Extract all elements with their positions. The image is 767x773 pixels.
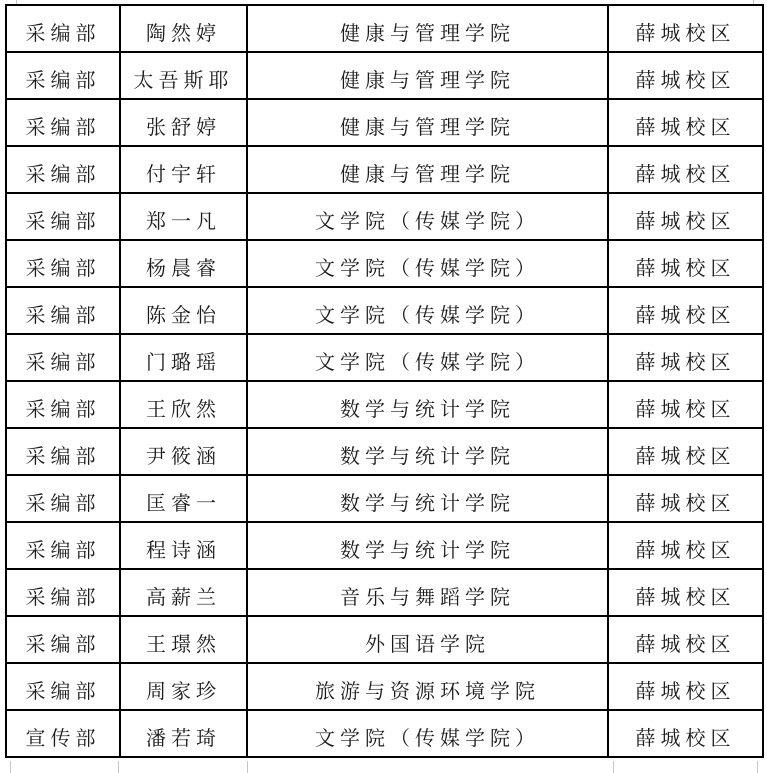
cell-name[interactable]: 陈金怡	[120, 287, 247, 334]
cell-name[interactable]: 门璐瑶	[120, 334, 247, 381]
table-row: 采编部 杨晨睿 文学院（传媒学院） 薛城校区	[6, 240, 763, 287]
cell-department-text: 采编部	[26, 111, 101, 140]
cell-name[interactable]: 杨晨睿	[120, 240, 247, 287]
cell-name-text: 郑一凡	[146, 205, 221, 234]
table-row: 采编部 张舒婷 健康与管理学院 薛城校区	[6, 99, 763, 146]
cell-college-text: 健康与管理学院	[340, 64, 515, 93]
cell-campus-text: 薛城校区	[636, 675, 736, 704]
cell-college-text: 数学与统计学院	[340, 440, 515, 469]
cell-department-text: 采编部	[26, 299, 101, 328]
cell-department[interactable]: 采编部	[6, 287, 120, 334]
cell-college[interactable]: 旅游与资源环境学院	[247, 663, 608, 710]
cell-department-text: 采编部	[26, 64, 101, 93]
cell-campus[interactable]: 薛城校区	[608, 146, 763, 193]
gridline-stub-bottom-1	[10, 761, 11, 773]
cell-department-text: 采编部	[26, 393, 101, 422]
table-row: 采编部 周家珍 旅游与资源环境学院 薛城校区	[6, 663, 763, 710]
table-row: 采编部 尹筱涵 数学与统计学院 薛城校区	[6, 428, 763, 475]
cell-department-text: 采编部	[26, 534, 101, 563]
cell-department[interactable]: 采编部	[6, 616, 120, 663]
cell-campus-text: 薛城校区	[636, 158, 736, 187]
cell-department[interactable]: 采编部	[6, 52, 120, 99]
cell-name[interactable]: 郑一凡	[120, 193, 247, 240]
cell-campus[interactable]: 薛城校区	[608, 569, 763, 616]
cell-campus-text: 薛城校区	[636, 581, 736, 610]
cell-name-text: 陶然婷	[146, 17, 221, 46]
cell-department-text: 采编部	[26, 17, 101, 46]
table-row: 采编部 陶然婷 健康与管理学院 薛城校区	[6, 5, 763, 52]
cell-college-text: 数学与统计学院	[340, 393, 515, 422]
cell-college-text: 文学院（传媒学院）	[315, 722, 540, 751]
table-row: 采编部 王璟然 外国语学院 薛城校区	[6, 616, 763, 663]
cell-department[interactable]: 采编部	[6, 381, 120, 428]
cell-name[interactable]: 周家珍	[120, 663, 247, 710]
cell-campus-text: 薛城校区	[636, 628, 736, 657]
cell-campus-text: 薛城校区	[636, 64, 736, 93]
table-row: 宣传部 潘若琦 文学院（传媒学院） 薛城校区	[6, 710, 763, 757]
cell-department[interactable]: 采编部	[6, 334, 120, 381]
cell-college[interactable]: 健康与管理学院	[247, 5, 608, 52]
cell-campus[interactable]: 薛城校区	[608, 381, 763, 428]
cell-department-text: 采编部	[26, 252, 101, 281]
cell-campus[interactable]: 薛城校区	[608, 428, 763, 475]
cell-campus-text: 薛城校区	[636, 487, 736, 516]
cell-college-text: 健康与管理学院	[340, 17, 515, 46]
table-row: 采编部 高薪兰 音乐与舞蹈学院 薛城校区	[6, 569, 763, 616]
cell-college[interactable]: 音乐与舞蹈学院	[247, 569, 608, 616]
cell-department[interactable]: 采编部	[6, 240, 120, 287]
cell-campus-text: 薛城校区	[636, 111, 736, 140]
cell-department[interactable]: 采编部	[6, 5, 120, 52]
cell-campus[interactable]: 薛城校区	[608, 5, 763, 52]
cell-college-text: 文学院（传媒学院）	[315, 205, 540, 234]
cell-campus[interactable]: 薛城校区	[608, 240, 763, 287]
cell-name-text: 太吾斯耶	[134, 64, 234, 93]
cell-name-text: 王璟然	[146, 628, 221, 657]
cell-college[interactable]: 文学院（传媒学院）	[247, 334, 608, 381]
cell-name[interactable]: 程诗涵	[120, 522, 247, 569]
cell-college-text: 健康与管理学院	[340, 111, 515, 140]
cell-college-text: 音乐与舞蹈学院	[340, 581, 515, 610]
cell-college[interactable]: 文学院（传媒学院）	[247, 240, 608, 287]
cell-college[interactable]: 文学院（传媒学院）	[247, 710, 608, 757]
cell-department[interactable]: 采编部	[6, 428, 120, 475]
cell-name[interactable]: 付宇轩	[120, 146, 247, 193]
cell-campus[interactable]: 薛城校区	[608, 193, 763, 240]
cell-department-text: 采编部	[26, 205, 101, 234]
cell-name[interactable]: 匡睿一	[120, 475, 247, 522]
cell-name[interactable]: 王欣然	[120, 381, 247, 428]
cell-department[interactable]: 采编部	[6, 522, 120, 569]
gridline-stub-bottom-4	[613, 761, 614, 773]
cell-name-text: 尹筱涵	[146, 440, 221, 469]
table-row: 采编部 王欣然 数学与统计学院 薛城校区	[6, 381, 763, 428]
cell-campus[interactable]: 薛城校区	[608, 287, 763, 334]
cell-college[interactable]: 健康与管理学院	[247, 99, 608, 146]
cell-name[interactable]: 张舒婷	[120, 99, 247, 146]
cell-name[interactable]: 太吾斯耶	[120, 52, 247, 99]
roster-table: 采编部 陶然婷 健康与管理学院 薛城校区 采编部 太吾斯耶 健康与管理学院 薛城…	[5, 4, 764, 758]
cell-name-text: 陈金怡	[146, 299, 221, 328]
cell-department[interactable]: 采编部	[6, 475, 120, 522]
cell-college-text: 数学与统计学院	[340, 487, 515, 516]
cell-campus-text: 薛城校区	[636, 205, 736, 234]
table-row: 采编部 匡睿一 数学与统计学院 薛城校区	[6, 475, 763, 522]
cell-name[interactable]: 尹筱涵	[120, 428, 247, 475]
cell-department-text: 宣传部	[26, 722, 101, 751]
cell-department[interactable]: 宣传部	[6, 710, 120, 757]
cell-college-text: 数学与统计学院	[340, 534, 515, 563]
gridline-stub-bottom-2	[118, 761, 119, 773]
cell-department[interactable]: 采编部	[6, 569, 120, 616]
table-row: 采编部 郑一凡 文学院（传媒学院） 薛城校区	[6, 193, 763, 240]
cell-department-text: 采编部	[26, 487, 101, 516]
cell-campus-text: 薛城校区	[636, 346, 736, 375]
cell-campus-text: 薛城校区	[636, 17, 736, 46]
cell-college[interactable]: 数学与统计学院	[247, 381, 608, 428]
gridline-stub-bottom-3	[247, 761, 248, 773]
cell-campus[interactable]: 薛城校区	[608, 52, 763, 99]
cell-college-text: 旅游与资源环境学院	[315, 675, 540, 704]
cell-name-text: 潘若琦	[146, 722, 221, 751]
cell-name[interactable]: 潘若琦	[120, 710, 247, 757]
cell-campus-text: 薛城校区	[636, 299, 736, 328]
cell-name-text: 高薪兰	[146, 581, 221, 610]
cell-college[interactable]: 健康与管理学院	[247, 52, 608, 99]
cell-campus[interactable]: 薛城校区	[608, 710, 763, 757]
cell-name-text: 匡睿一	[146, 487, 221, 516]
table-row: 采编部 太吾斯耶 健康与管理学院 薛城校区	[6, 52, 763, 99]
cell-department[interactable]: 采编部	[6, 193, 120, 240]
cell-department-text: 采编部	[26, 346, 101, 375]
cell-name-text: 张舒婷	[146, 111, 221, 140]
table-row: 采编部 付宇轩 健康与管理学院 薛城校区	[6, 146, 763, 193]
cell-department[interactable]: 采编部	[6, 99, 120, 146]
cell-department-text: 采编部	[26, 158, 101, 187]
cell-name-text: 周家珍	[146, 675, 221, 704]
cell-college[interactable]: 数学与统计学院	[247, 522, 608, 569]
cell-college[interactable]: 文学院（传媒学院）	[247, 193, 608, 240]
cell-department-text: 采编部	[26, 628, 101, 657]
cell-college[interactable]: 数学与统计学院	[247, 428, 608, 475]
cell-campus-text: 薛城校区	[636, 393, 736, 422]
cell-name-text: 付宇轩	[146, 158, 221, 187]
cell-campus-text: 薛城校区	[636, 534, 736, 563]
cell-name[interactable]: 王璟然	[120, 616, 247, 663]
document-page: 采编部 陶然婷 健康与管理学院 薛城校区 采编部 太吾斯耶 健康与管理学院 薛城…	[0, 0, 767, 773]
cell-department-text: 采编部	[26, 581, 101, 610]
table-row: 采编部 门璐瑶 文学院（传媒学院） 薛城校区	[6, 334, 763, 381]
cell-college[interactable]: 健康与管理学院	[247, 146, 608, 193]
cell-campus[interactable]: 薛城校区	[608, 99, 763, 146]
cell-campus[interactable]: 薛城校区	[608, 616, 763, 663]
table-row: 采编部 陈金怡 文学院（传媒学院） 薛城校区	[6, 287, 763, 334]
cell-name-text: 程诗涵	[146, 534, 221, 563]
cell-campus[interactable]: 薛城校区	[608, 663, 763, 710]
cell-department[interactable]: 采编部	[6, 146, 120, 193]
cell-college-text: 文学院（传媒学院）	[315, 252, 540, 281]
cell-college-text: 文学院（传媒学院）	[315, 346, 540, 375]
cell-college-text: 健康与管理学院	[340, 158, 515, 187]
cell-campus-text: 薛城校区	[636, 722, 736, 751]
cell-name-text: 门璐瑶	[146, 346, 221, 375]
cell-college[interactable]: 外国语学院	[247, 616, 608, 663]
cell-name-text: 王欣然	[146, 393, 221, 422]
cell-college-text: 外国语学院	[365, 628, 490, 657]
cell-campus-text: 薛城校区	[636, 252, 736, 281]
gridline-stub-bottom-5	[757, 761, 758, 773]
cell-college-text: 文学院（传媒学院）	[315, 299, 540, 328]
cell-name-text: 杨晨睿	[146, 252, 221, 281]
table-row: 采编部 程诗涵 数学与统计学院 薛城校区	[6, 522, 763, 569]
cell-department-text: 采编部	[26, 440, 101, 469]
cell-name[interactable]: 高薪兰	[120, 569, 247, 616]
cell-department-text: 采编部	[26, 675, 101, 704]
roster-table-body: 采编部 陶然婷 健康与管理学院 薛城校区 采编部 太吾斯耶 健康与管理学院 薛城…	[6, 5, 763, 757]
cell-campus[interactable]: 薛城校区	[608, 475, 763, 522]
cell-campus[interactable]: 薛城校区	[608, 522, 763, 569]
cell-department[interactable]: 采编部	[6, 663, 120, 710]
cell-name[interactable]: 陶然婷	[120, 5, 247, 52]
cell-college[interactable]: 文学院（传媒学院）	[247, 287, 608, 334]
cell-campus[interactable]: 薛城校区	[608, 334, 763, 381]
cell-college[interactable]: 数学与统计学院	[247, 475, 608, 522]
cell-campus-text: 薛城校区	[636, 440, 736, 469]
